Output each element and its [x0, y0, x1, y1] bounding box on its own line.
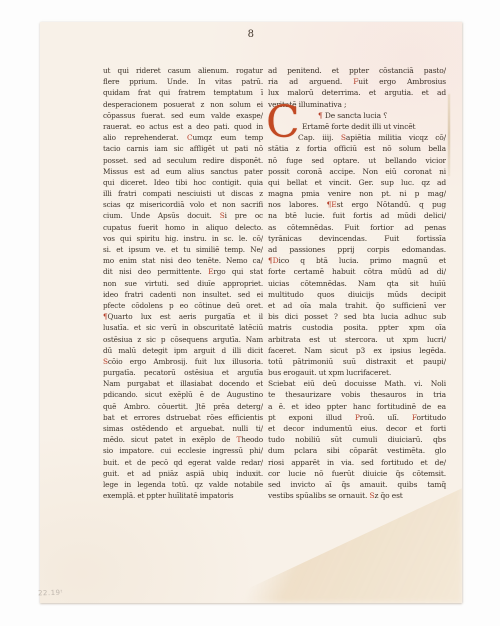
- pencil-inscription: 22.19ᵗ: [38, 589, 63, 598]
- text-line: possit coronā accipe. Non eiū coronat ni: [268, 166, 446, 177]
- text-line: te thesaurizare vobis thesauros in tria: [268, 389, 446, 400]
- text-line: cōpassus fuerat. sed eum valde exaspe/: [103, 110, 263, 121]
- text-line: simas ostēdendo et arguebat. nulli ti/: [103, 423, 263, 434]
- text-line: desperacionem posuerat z non solum ei: [103, 99, 263, 110]
- text-line: na btē lucie. fuit fortis ad mūdi delici…: [268, 210, 446, 221]
- text-line: ¶Quarto lux est aeris purgatīa et il: [103, 311, 263, 322]
- text-line: et ad oīa mala trahit. q̄o sufficienī ve…: [268, 300, 446, 311]
- text-line: pt exponi illud Proū. ulī. Fortitudo: [268, 412, 446, 423]
- text-line: uicias cōtemnēdas. Nam qta sit huīū: [268, 278, 446, 289]
- text-line: Nam purgabat et illasiabat docendo et: [103, 378, 263, 389]
- text-line: pdicando. sicut exēplū ē de Augustino: [103, 389, 263, 400]
- text-line: as cōtemnēdas. Fuit fortior ad penas: [268, 222, 446, 233]
- text-line: Scōio ergo Ambrosij. fuit lux illusoria.: [103, 356, 263, 367]
- text-line: purgatīa. pecatorū ostēsiua et argutīa: [103, 367, 263, 378]
- text-line: ria ad arguend. Fuit ergo Ambrosius: [268, 76, 446, 87]
- text-line: tyrānicas devincendas. Fuit fortissīa: [268, 233, 446, 244]
- text-line: totū pātrimoniū suū distraxit et paupi/: [268, 356, 446, 367]
- text-line: dū malū detegit ipm arguit d illi dicit: [103, 345, 263, 356]
- text-line: alio reprehenderat. Cumqz eum temp: [103, 132, 263, 143]
- text-line: arbitrata est ut stercora. ut xpm lucri/: [268, 334, 446, 345]
- text-line: lege in legenda totū. qz valde notabile: [103, 479, 263, 490]
- text-line: tudo nobiliū sūt cumuli diuiciarū. qbs: [268, 434, 446, 445]
- text-line: buit. et de pecō qd egerat valde redar/: [103, 457, 263, 468]
- text-line: a ē. et ideo ppter hanc fortitudinē de e…: [268, 401, 446, 412]
- text-line: ostēsiua z sic p cōsequens argutīa. Nam: [103, 334, 263, 345]
- text-line: mo enim stat nisi deo tenēte. Nemo ca/: [103, 255, 263, 266]
- text-line: scias qz misericordiā volo et non sacrif…: [103, 199, 263, 210]
- text-line: qui diceret. Ideo tibi hoc contigit. qui…: [103, 177, 263, 188]
- text-line: ut qui rideret casum alienum. rogatur: [103, 65, 263, 76]
- text-line: faceret. Nam sicut p3 ex ipsius legēda.: [268, 345, 446, 356]
- rubric-mark: ¶D: [268, 256, 279, 265]
- text-line: bat et errores dstruebat rōes efficienti…: [103, 412, 263, 423]
- text-line: bus erogauit. ut xpm lucrifaceret.: [268, 367, 446, 378]
- text-line: non sue virtuti. sed diuīe appropriet.: [103, 278, 263, 289]
- text-line: cium. Unde Apsūs docuit. Si pre oc: [103, 210, 263, 221]
- text-line: vos qui spiritu hig. instru. in sc. le. …: [103, 233, 263, 244]
- text-line: sio impatore. cui ecclesie ingressū phi/: [103, 445, 263, 456]
- text-line: matris custodia posita. ppter xpm oīa: [268, 322, 446, 333]
- text-line: sed invicto aī q̄s amauit. quibs tamq̄: [268, 479, 446, 490]
- rubric-mark: ¶E: [327, 200, 337, 209]
- page-crease: [448, 94, 450, 176]
- text-line: ¶Dico q btā lucia. primo magnū et: [268, 255, 446, 266]
- text-line: pfecte cōdolens p eo cōtinue deū oret.: [103, 300, 263, 311]
- text-line: vestibs spūalibs se ornauit. Sz q̄o est: [268, 490, 446, 501]
- text-line: si. et ipsum ve. et tu similiē temp. Ne/: [103, 244, 263, 255]
- text-line: mēdo. sicut patet in exēplo de Theodo: [103, 434, 263, 445]
- text-line: lusatīa. et sic verū in obscuritatē latē…: [103, 322, 263, 333]
- text-line: tacio carnis iam sic affligēt ut pati nō: [103, 143, 263, 154]
- text-line: illi fratri compati nesciuisti ut discas…: [103, 188, 263, 199]
- text-line: flere pprium. Unde. In vitas patrū.: [103, 76, 263, 87]
- text-line: ideo fratri cadenti non insultet. sed ei: [103, 289, 263, 300]
- text-line: quidam frat qui fratrem temptatum ī: [103, 87, 263, 98]
- text-line: posset. sed ad seculum redire disponēt.: [103, 155, 263, 166]
- drop-cap-initial: C: [266, 107, 300, 141]
- text-line: forte certamē habuit cōtra mūdū ad di/: [268, 266, 446, 277]
- text-line: nos labores. ¶Est ergo Nōtandū. q pug: [268, 199, 446, 210]
- text-line: guit. et ad pniāz aspiā ubiq induxit.: [103, 468, 263, 479]
- text-column-right: C ad penitend. et ppter cōstanciā pasto/…: [268, 65, 446, 501]
- text-line: dum pclara sibi cōparāt vestimēta. glo: [268, 445, 446, 456]
- text-line: qui bellat et vincit. Ger. sup luc. qz a…: [268, 177, 446, 188]
- text-line: Sciebat eiū deū docuisse Math. vi. Noli: [268, 378, 446, 389]
- text-line: cupatus fuerit homo in aliquo delecto.: [103, 222, 263, 233]
- text-line: quē Ambro. cōuertit. Jtē prēa deterg/: [103, 401, 263, 412]
- text-line: Missus est ad eum alius sanctus pater: [103, 166, 263, 177]
- page-number: 8: [40, 29, 462, 40]
- scan-background: 8 ut qui rideret casum alienum. rogaturf…: [0, 0, 500, 626]
- text-line: riosi apparēt in via. sed fortitudo et d…: [268, 457, 446, 468]
- text-line: bis dici posset ? sed bta lucia adhuc su…: [268, 311, 446, 322]
- book-page: 8 ut qui rideret casum alienum. rogaturf…: [40, 22, 462, 603]
- text-line: dit nisi deo permittente. Ergo qui stat: [103, 266, 263, 277]
- text-line: multitudo quos diuicijs mūds decipit: [268, 289, 446, 300]
- text-line: cor lucie nō fuerūt diuicie q̄s cōtemsit…: [268, 468, 446, 479]
- text-line: exemplā. et ppter huīlitatē impatoris: [103, 490, 263, 501]
- text-line: rauerat. eo actus est a deo pati. quod i…: [103, 121, 263, 132]
- text-column-left: ut qui rideret casum alienum. rogaturfle…: [103, 65, 263, 501]
- text-line: magna pmia venire non pt. ni p mag/: [268, 188, 446, 199]
- text-line: ad passiones pprij corpis edomandas.: [268, 244, 446, 255]
- text-line: ad penitend. et ppter cōstanciā pasto/: [268, 65, 446, 76]
- text-line: et decor indumentū eius. decor et forti: [268, 423, 446, 434]
- text-line: nō fuge sed optare. ut bellando vicior: [268, 155, 446, 166]
